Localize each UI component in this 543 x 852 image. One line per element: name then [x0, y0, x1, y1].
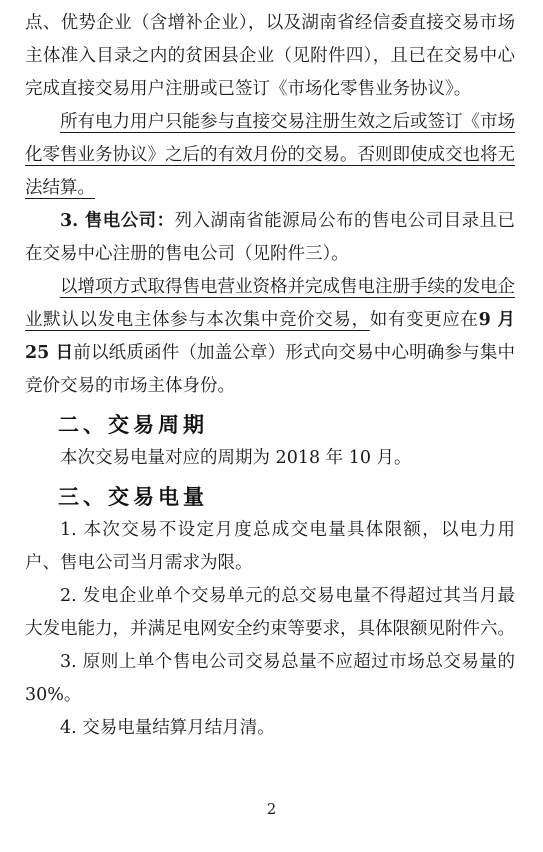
text-run: 2. 发电企业单个交易单元的总交易电量不得超过其当月最大发电能力，并满足电网安全…: [25, 586, 515, 639]
section-heading: 二、交易周期: [25, 409, 515, 442]
paragraph: 以增项方式取得售电营业资格并完成售电注册手续的发电企业默认以发电主体参与本次集中…: [25, 271, 515, 403]
paragraph: 1. 本次交易不设定月度总成交电量具体限额，以电力用户、售电公司当月需求为限。: [25, 514, 515, 580]
text-run: 3. 售电公司：: [60, 211, 175, 231]
paragraph: 本次交易电量对应的周期为 2018 年 10 月。: [25, 442, 515, 475]
text-run: 点、优势企业（含增补企业），以及湖南省经信委直接交易市场主体准入目录之内的贫困县…: [25, 13, 515, 99]
text-run: 1. 本次交易不设定月度总成交电量具体限额，以电力用户、售电公司当月需求为限。: [25, 520, 515, 573]
page-number: 2: [0, 798, 543, 820]
text-run: 4. 交易电量结算月结月清。: [60, 718, 275, 738]
text-run: 前以纸质函件（加盖公章）形式向交易中心明确参与集中竞价交易的市场主体身份。: [25, 343, 515, 396]
text-run: 如有变更应在: [370, 310, 479, 330]
text-run: 所有电力用户只能参与直接交易注册生效之后或签订《市场化零售业务协议》之后的有效月…: [25, 112, 515, 198]
paragraph: 3. 售电公司：列入湖南省能源局公布的售电公司目录且已在交易中心注册的售电公司（…: [25, 205, 515, 271]
paragraph: 3. 原则上单个售电公司交易总量不应超过市场总交易量的 30%。: [25, 646, 515, 712]
paragraph: 点、优势企业（含增补企业），以及湖南省经信委直接交易市场主体准入目录之内的贫困县…: [25, 7, 515, 106]
text-run: 本次交易电量对应的周期为 2018 年 10 月。: [60, 448, 412, 468]
paragraph: 4. 交易电量结算月结月清。: [25, 712, 515, 745]
text-run: 3. 原则上单个售电公司交易总量不应超过市场总交易量的 30%。: [25, 652, 515, 705]
paragraph: 所有电力用户只能参与直接交易注册生效之后或签订《市场化零售业务协议》之后的有效月…: [25, 106, 515, 205]
paragraph: 2. 发电企业单个交易单元的总交易电量不得超过其当月最大发电能力，并满足电网安全…: [25, 580, 515, 646]
section-heading: 三、交易电量: [25, 481, 515, 514]
document-page: 点、优势企业（含增补企业），以及湖南省经信委直接交易市场主体准入目录之内的贫困县…: [0, 0, 543, 852]
document-body: 点、优势企业（含增补企业），以及湖南省经信委直接交易市场主体准入目录之内的贫困县…: [25, 7, 515, 745]
